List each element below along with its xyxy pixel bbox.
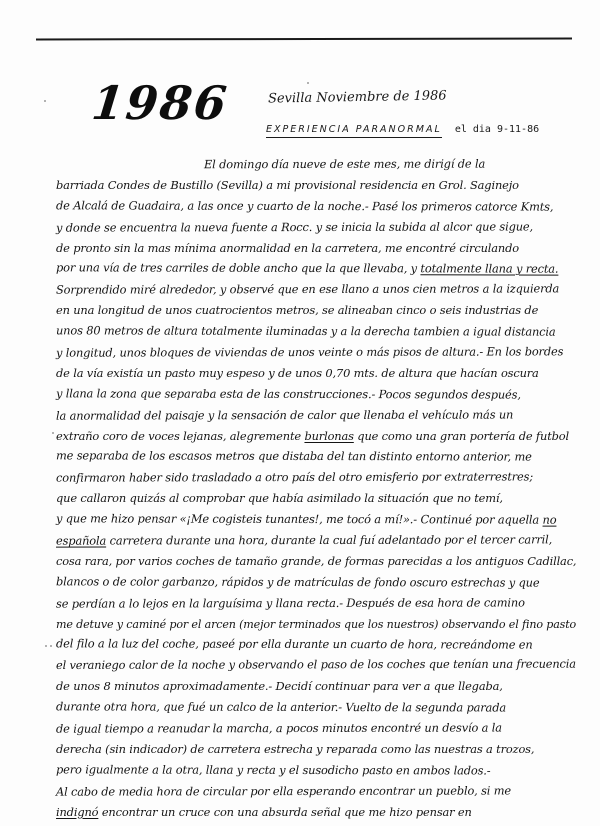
text-line: blancos o de color garbanzo, rápidos y d…: [56, 571, 576, 593]
line-text: de unos 8 minutos aproximadamente.- Deci…: [56, 679, 503, 693]
text-line: pero igualmente a la otra, llana y recta…: [56, 759, 576, 781]
text-line: barriada Condes de Bustillo (Sevilla) a …: [56, 175, 576, 196]
text-line: se perdían a lo lejos en la larguísima y…: [56, 592, 576, 614]
text-line: española carretera durante una hora, dur…: [56, 529, 576, 551]
line-text: de pronto sin la mas mínima anormalidad …: [56, 241, 519, 255]
text-line: que callaron quizás al comprobar que hab…: [56, 488, 576, 509]
text-line: derecha (sin indicador) de carretera est…: [56, 739, 576, 760]
text-line: de la vía existía un pasto muy espeso y …: [56, 363, 576, 384]
line-text: me detuve y caminé por el arcen (mejor t…: [56, 617, 576, 631]
line-text: y llana la zona que separaba esta de las…: [56, 386, 521, 401]
line-text: de la vía existía un pasto muy espeso y …: [56, 366, 539, 380]
line-text: El domingo día nueve de este mes, me dir…: [204, 157, 485, 172]
scan-speck: [52, 432, 54, 434]
line-text: carretera durante una hora, durante la c…: [110, 532, 553, 547]
line-text: del filo a la luz del coche, paseé por e…: [56, 637, 533, 652]
text-line: cosa rara, por varios coches de tamaño g…: [56, 551, 576, 572]
line-text: durante otra hora, que fué un calco de l…: [56, 699, 506, 714]
line-text: que callaron quizás al comprobar que hab…: [56, 491, 503, 505]
underlined-word: no: [543, 513, 557, 527]
top-rule-divider: [36, 38, 572, 41]
line-text: Al cabo de media hora de circular por el…: [56, 783, 511, 798]
text-line: Al cabo de media hora de circular por el…: [56, 780, 576, 802]
line-text: y que me hizo pensar «¡Me cogisteis tuna…: [56, 511, 539, 526]
line-text: que como una gran portería de futbol: [357, 429, 569, 443]
text-line: unos 80 metros de altura totalmente ilum…: [56, 320, 576, 342]
document-title: EXPERIENCIA PARANORMAL el dia 9-11-86: [266, 117, 539, 136]
text-line: confirmaron haber sido trasladado a otro…: [56, 467, 576, 489]
line-text: derecha (sin indicador) de carretera est…: [56, 742, 534, 756]
line-text: encontrar un cruce con una absurda señal…: [102, 805, 472, 819]
underlined-word: indignó: [56, 805, 98, 819]
title-handwritten: EXPERIENCIA PARANORMAL: [266, 124, 442, 138]
scan-speck: [50, 645, 52, 647]
text-line: de Alcalá de Guadaira, a las once y cuar…: [56, 195, 576, 217]
text-line: durante otra hora, que fué un calco de l…: [56, 696, 576, 718]
text-line: de unos 8 minutos aproximadamente.- Deci…: [56, 676, 576, 697]
scan-speck: [45, 645, 47, 647]
line-text: me separaba de los escasos metros que di…: [56, 449, 532, 464]
text-line: y llana la zona que separaba esta de las…: [56, 383, 576, 405]
text-line: El domingo día nueve de este mes, me dir…: [56, 153, 576, 175]
text-line: del filo a la luz del coche, paseé por e…: [56, 634, 576, 656]
line-text: y donde se encuentra la nueva fuente a R…: [56, 219, 533, 234]
line-text: extraño coro de voces lejanas, alegremen…: [56, 429, 301, 443]
line-text: de igual tiempo a reanudar la marcha, a …: [56, 721, 502, 736]
line-text: y longitud, unos bloques de viviendas de…: [56, 344, 563, 359]
line-text: de Alcalá de Guadaira, a las once y cuar…: [56, 198, 553, 213]
text-line: de igual tiempo a reanudar la marcha, a …: [56, 717, 576, 739]
line-text: blancos o de color garbanzo, rápidos y d…: [56, 574, 539, 589]
text-line: Sorprendido miré alrededor, y observé qu…: [56, 279, 576, 301]
line-text: Sorprendido miré alrededor, y observé qu…: [56, 282, 559, 297]
line-text: la anormalidad del paisaje y la sensació…: [56, 407, 513, 422]
underlined-word: española: [56, 534, 106, 548]
text-line: me separaba de los escasos metros que di…: [56, 446, 576, 468]
text-line: y longitud, unos bloques de viviendas de…: [56, 341, 576, 363]
line-text: pero igualmente a la otra, llana y recta…: [56, 762, 491, 777]
place-date: Sevilla Noviembre de 1986: [268, 88, 447, 106]
underlined-word: totalmente llana y recta.: [420, 262, 558, 276]
scan-speck: [307, 82, 309, 84]
line-text: barriada Condes de Bustillo (Sevilla) a …: [56, 178, 519, 192]
line-text: cosa rara, por varios coches de tamaño g…: [56, 554, 576, 568]
text-line: y donde se encuentra la nueva fuente a R…: [56, 216, 576, 238]
letter-page: 1986 Sevilla Noviembre de 1986 EXPERIENC…: [0, 0, 600, 826]
underlined-word: burlonas: [304, 429, 353, 443]
text-line: el veraniego calor de la noche y observa…: [56, 654, 575, 676]
text-line: me detuve y caminé por el arcen (mejor t…: [56, 614, 562, 635]
year-heading: 1986: [89, 76, 231, 130]
title-typed-date: el dia 9-11-86: [455, 124, 539, 135]
text-line: en una longitud de unos cuatrocientos me…: [56, 300, 576, 321]
scan-speck: [44, 100, 46, 102]
line-text: por una vía de tres carriles de doble an…: [56, 261, 417, 276]
text-line: la anormalidad del paisaje y la sensació…: [56, 404, 576, 426]
text-line: de pronto sin la mas mínima anormalidad …: [56, 238, 576, 259]
letter-body: El domingo día nueve de este mes, me dir…: [56, 154, 576, 823]
line-text: se perdían a lo lejos en la larguísima y…: [56, 595, 525, 610]
text-line: y que me hizo pensar «¡Me cogisteis tuna…: [56, 508, 576, 530]
line-text: el veraniego calor de la noche y observa…: [56, 657, 576, 672]
line-text: confirmaron haber sido trasladado a otro…: [56, 470, 533, 485]
text-line: extraño coro de voces lejanas, alegremen…: [56, 426, 576, 447]
text-line: indignó encontrar un cruce con una absur…: [56, 802, 576, 823]
line-text: en una longitud de unos cuatrocientos me…: [56, 303, 538, 317]
line-text: unos 80 metros de altura totalmente ilum…: [56, 323, 556, 338]
text-line: por una vía de tres carriles de doble an…: [56, 258, 576, 280]
